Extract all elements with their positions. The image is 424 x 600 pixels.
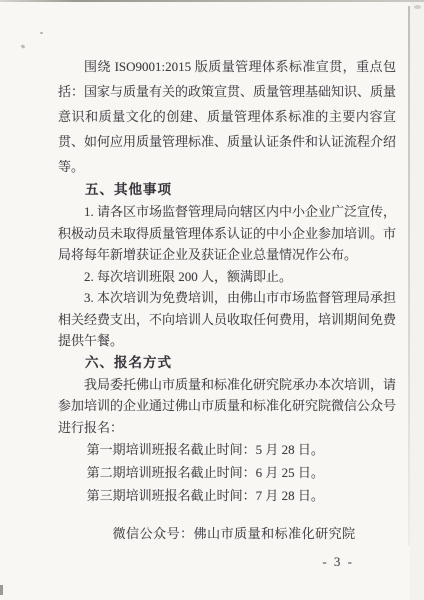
page-number: - 3 - <box>322 554 354 570</box>
section-heading-signup-method: 六、报名方式 <box>58 352 396 374</box>
wechat-account-note: 微信公众号：佛山市质量和标准化研究院 <box>58 522 396 545</box>
other-matters-item-3: 3. 本次培训为免费培训，由佛山市市场监督管理局承担相关经费支出，不向培训人员收… <box>58 287 396 352</box>
scan-speck <box>0 585 3 595</box>
intro-paragraph: 围绕 ISO9001:2015 版质量管理体系标准宣贯，重点包括：国家与质量有关… <box>58 54 396 179</box>
other-matters-item-1: 1. 请各区市场监督管理局向辖区内中小企业广泛宣传，积极动员未取得质量管理体系认… <box>58 201 396 266</box>
page-right-margin <box>410 0 424 600</box>
signup-deadline-1: 第一期培训班报名截止时间：5 月 28 日。 <box>58 438 396 461</box>
section-heading-other-matters: 五、其他事项 <box>58 179 396 201</box>
scan-speck <box>21 44 26 49</box>
signup-deadline-2: 第二期培训班报名截止时间：6 月 25 日。 <box>58 461 396 484</box>
scan-shadow-right <box>408 6 410 546</box>
signup-deadline-3: 第三期培训班报名截止时间：7 月 28 日。 <box>58 484 396 507</box>
scanned-document-page: 围绕 ISO9001:2015 版质量管理体系标准宣贯，重点包括：国家与质量有关… <box>0 0 424 600</box>
scan-speck <box>414 5 421 9</box>
scan-edge-top <box>0 0 424 2</box>
scan-speck <box>40 32 43 34</box>
other-matters-item-2: 2. 每次培训班限 200 人，额满即止。 <box>58 266 396 288</box>
document-body: 围绕 ISO9001:2015 版质量管理体系标准宣贯，重点包括：国家与质量有关… <box>58 54 396 545</box>
signup-intro-paragraph: 我局委托佛山市质量和标准化研究院承办本次培训，请参加培训的企业通过佛山市质量和标… <box>58 374 396 439</box>
